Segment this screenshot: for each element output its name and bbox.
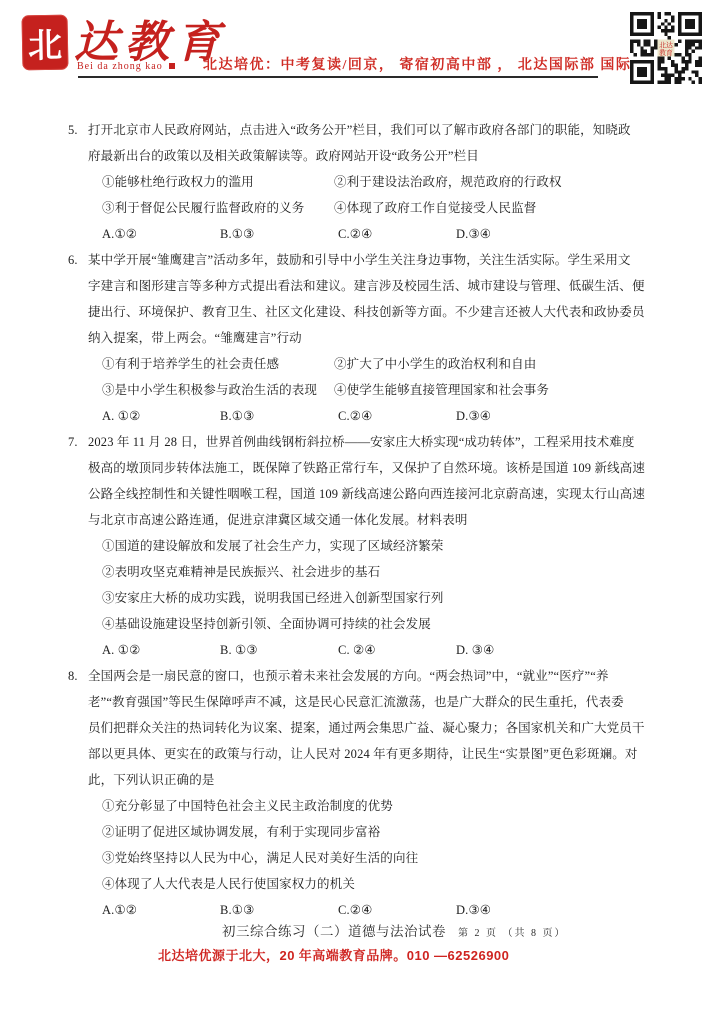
- question-number: 7.: [68, 429, 88, 455]
- stem-line: 公路全线控制性和关键性咽喉工程，国道 109 新线高速公路向西连接河北京蔚高速，…: [68, 481, 634, 507]
- option-row: ②证明了促进区域协调发展，有利于实现同步富裕: [68, 819, 634, 845]
- header-tagline: 北达培优：中考复读/回京， 寄宿初高中部 ， 北达国际部 国际竞赛部: [203, 54, 678, 74]
- beida-seal-logo: 北: [22, 15, 69, 71]
- option-row: ①能够杜绝行政权力的滥用②利于建设法治政府，规范政府的行政权: [68, 169, 634, 195]
- stem-line: 字建言和图形建言等多种方式提出看法和建议。建言涉及校园生活、城市建设与管理、低碳…: [68, 273, 634, 299]
- stem-line: 5.打开北京市人民政府网站，点击进入“政务公开”栏目，我们可以了解市政府各部门的…: [68, 117, 634, 143]
- footer-slogan: 北达培优源于北大，20 年高端教育品牌。010 —62526900: [158, 945, 509, 964]
- option-item: ④使学生能够直接管理国家和社会事务: [334, 377, 549, 403]
- option-item: ①能够杜绝行政权力的滥用: [102, 175, 254, 189]
- option-row: ③是中小学生积极参与政治生活的表现④使学生能够直接管理国家和社会事务: [68, 377, 634, 403]
- stem-line: 捷出行、环境保护、教育卫生、社区文化建设、科技创新等方面。不少建言还被人大代表和…: [68, 299, 634, 325]
- choice-b: B. ①③: [220, 637, 338, 663]
- questions-area: 5.打开北京市人民政府网站，点击进入“政务公开”栏目，我们可以了解市政府各部门的…: [68, 117, 634, 923]
- option-row: ①充分彰显了中国特色社会主义民主政治制度的优势: [68, 793, 634, 819]
- seal-character: 北: [28, 18, 63, 68]
- option-item: ①有利于培养学生的社会责任感: [102, 357, 279, 371]
- choices-row: A. ①②B.①③C.②④D.③④: [68, 403, 634, 429]
- stem-line: 纳入提案，带上两会。“雏鹰建言”行动: [68, 325, 634, 351]
- question-number: 8.: [68, 663, 88, 689]
- footer-paper-title: 初三综合练习（二）道德与法治试卷第 2 页 （共 8 页）: [222, 920, 567, 940]
- question-6: 6.某中学开展“雏鹰建言”活动多年，鼓励和引导中小学生关注身边事物，关注生活实际…: [68, 247, 634, 429]
- question-7: 7.2023 年 11 月 28 日，世界首例曲线钢桁斜拉桥——安家庄大桥实现“…: [68, 429, 634, 663]
- stem-text: 2023 年 11 月 28 日，世界首例曲线钢桁斜拉桥——安家庄大桥实现“成功…: [88, 435, 635, 449]
- option-row: ③安家庄大桥的成功实践，说明我国已经进入创新型国家行列: [68, 585, 634, 611]
- stem-text: 打开北京市人民政府网站，点击进入“政务公开”栏目，我们可以了解市政府各部门的职能…: [88, 123, 631, 137]
- choice-c: C. ②④: [338, 637, 456, 663]
- option-item: ②利于建设法治政府，规范政府的行政权: [334, 169, 562, 195]
- stem-line: 7.2023 年 11 月 28 日，世界首例曲线钢桁斜拉桥——安家庄大桥实现“…: [68, 429, 634, 455]
- question-number: 6.: [68, 247, 88, 273]
- stem-line: 府最新出台的政策以及相关政策解读等。政府网站开设“政务公开”栏目: [68, 143, 634, 169]
- stem-line: 6.某中学开展“雏鹰建言”活动多年，鼓励和引导中小学生关注身边事物，关注生活实际…: [68, 247, 634, 273]
- stem-text: 某中学开展“雏鹰建言”活动多年，鼓励和引导中小学生关注身边事物，关注生活实际。学…: [88, 253, 631, 267]
- option-row: ③利于督促公民履行监督政府的义务④体现了政府工作自觉接受人民监督: [68, 195, 634, 221]
- stem-line: 与北京市高速公路连通，促进京津冀区域交通一体化发展。材料表明: [68, 507, 634, 533]
- option-item: ③是中小学生积极参与政治生活的表现: [102, 383, 317, 397]
- choice-b: B.①③: [220, 221, 338, 247]
- choice-c: C.②④: [338, 403, 456, 429]
- brand-years: 20: [280, 948, 295, 963]
- option-row: ④体现了人大代表是人民行使国家权力的机关: [68, 871, 634, 897]
- stem-line: 此，下列认识正确的是: [68, 767, 634, 793]
- option-row: ③党始终坚持以人民为中心，满足人民对美好生活的向往: [68, 845, 634, 871]
- qr-center-label: 北达: [659, 41, 673, 50]
- choices-row: A. ①②B. ①③C. ②④D. ③④: [68, 637, 634, 663]
- choice-d: D.③④: [456, 403, 491, 429]
- stem-line: 极高的墩顶同步转体法施工，既保障了铁路正常行车，又保护了自然环境。该桥是国道 1…: [68, 455, 634, 481]
- option-row: ④基础设施建设坚持创新引领、全面协调可持续的社会发展: [68, 611, 634, 637]
- header-divider: [78, 76, 598, 78]
- choice-a: A. ①②: [102, 637, 220, 663]
- option-item: ③利于督促公民履行监督政府的义务: [102, 201, 304, 215]
- option-item: ②扩大了中小学生的政治权利和自由: [334, 351, 536, 377]
- choice-d: D.③④: [456, 221, 491, 247]
- option-row: ②表明攻坚克难精神是民族振兴、社会进步的基石: [68, 559, 634, 585]
- choice-d: D. ③④: [456, 637, 494, 663]
- question-8: 8.全国两会是一扇民意的窗口，也预示着未来社会发展的方向。“两会热词”中，“就业…: [68, 663, 634, 923]
- svg-text:教育: 教育: [659, 48, 673, 57]
- option-row: ①国道的建设解放和发展了社会生产力，实现了区域经济繁荣: [68, 533, 634, 559]
- stem-text: 全国两会是一扇民意的窗口，也预示着未来社会发展的方向。“两会热词”中，“就业”“…: [88, 669, 609, 683]
- choice-b: B.①③: [220, 403, 338, 429]
- brand-subtitle: Bei da zhong kao: [77, 61, 175, 72]
- stem-line: 员们把群众关注的热词转化为议案、提案，通过两会集思广益、凝心聚力；各国家机关和广…: [68, 715, 634, 741]
- choices-row: A.①②B.①③C.②④D.③④: [68, 221, 634, 247]
- stem-line: 老”“教育强国”等民生保障呼声不减，这是民心民意汇流激荡，也是广大群众的民生重托…: [68, 689, 634, 715]
- question-number: 5.: [68, 117, 88, 143]
- choice-a: A.①②: [102, 221, 220, 247]
- stem-line: 部以更具体、更实在的政策与行动，让人民对 2024 年有更多期待，让民生“实景图…: [68, 741, 634, 767]
- option-item: ④体现了政府工作自觉接受人民监督: [334, 195, 536, 221]
- exam-paper-page: 北 达教育 Bei da zhong kao 北达培优：中考复读/回京， 寄宿初…: [0, 0, 714, 1024]
- choice-a: A.①②: [102, 897, 220, 923]
- phone-number: 010 —62526900: [407, 948, 510, 963]
- option-row: ①有利于培养学生的社会责任感②扩大了中小学生的政治权利和自由: [68, 351, 634, 377]
- choice-c: C.②④: [338, 221, 456, 247]
- page-number: 第 2 页 （共 8 页）: [458, 928, 567, 939]
- red-square-icon: [169, 63, 175, 69]
- choice-a: A. ①②: [102, 403, 220, 429]
- qr-code: 北达 教育: [630, 12, 702, 84]
- stem-line: 8.全国两会是一扇民意的窗口，也预示着未来社会发展的方向。“两会热词”中，“就业…: [68, 663, 634, 689]
- question-5: 5.打开北京市人民政府网站，点击进入“政务公开”栏目，我们可以了解市政府各部门的…: [68, 117, 634, 247]
